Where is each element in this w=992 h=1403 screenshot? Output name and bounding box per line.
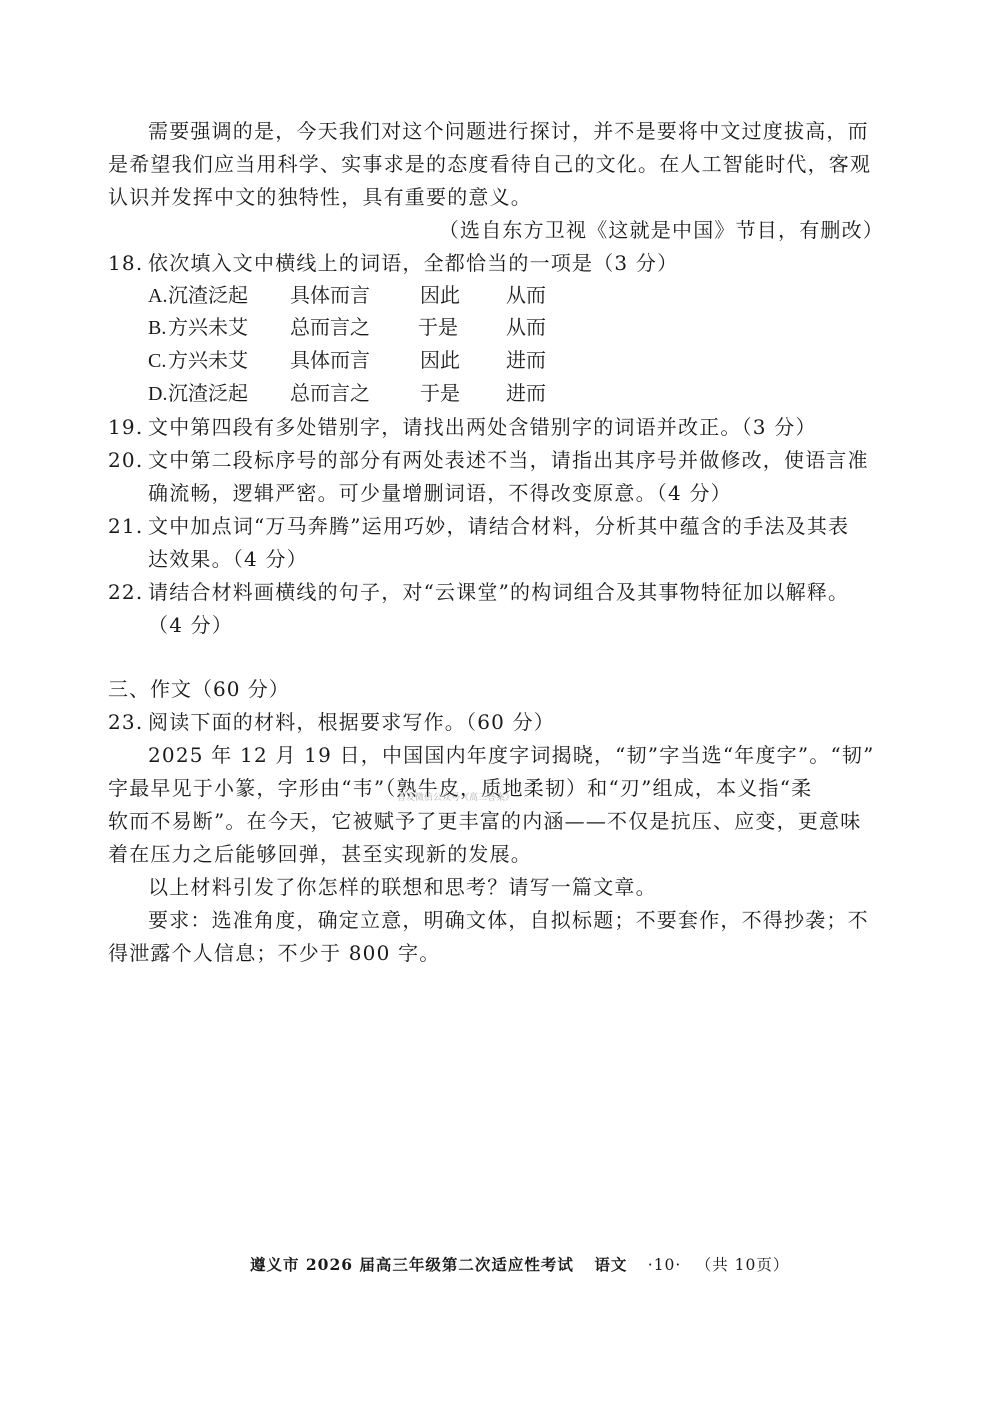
watermark: 首发微信公众号《高三答案》	[397, 790, 514, 803]
question-text: 文中第二段标序号的部分有两处表述不当，请指出其序号并做修改，使语言准	[148, 448, 869, 472]
option-word: 沉渣泛起	[168, 280, 248, 313]
question-number: 22.	[108, 576, 148, 609]
option-word: 从而	[506, 280, 546, 313]
material-line-1: 2025 年 12 月 19 日，中国国内年度字词揭晓，“韧”字当选“年度字”。…	[148, 739, 928, 772]
passage-source: （选自东方卫视《这就是中国》节目，有删改）	[108, 214, 884, 247]
question-22: 22.请结合材料画横线的句子，对“云课堂”的构词组合及其事物特征加以解释。	[108, 576, 888, 609]
option-word: 于是	[418, 312, 458, 345]
question-number: 18.	[108, 247, 148, 280]
material-line-4: 着在压力之后能够回弹，甚至实现新的发展。	[108, 838, 888, 871]
subject: 语文	[594, 1255, 627, 1274]
question-text: 文中第四段有多处错别字，请找出两处含错别字的词语并改正。（3 分）	[148, 415, 817, 439]
exam-title: 遵义市 2026 届高三年级第二次适应性考试	[250, 1255, 574, 1274]
question-number: 21.	[108, 510, 148, 543]
option-word: 沉渣泛起	[168, 378, 248, 411]
question-21-continuation: 达效果。（4 分）	[148, 543, 928, 576]
question-text: 依次填入文中横线上的词语，全都恰当的一项是（3 分）	[148, 251, 678, 275]
question-20: 20.文中第二段标序号的部分有两处表述不当，请指出其序号并做修改，使语言准	[108, 444, 888, 477]
option-word: 方兴未艾	[168, 345, 248, 378]
option-word: 因此	[420, 345, 460, 378]
option-label: B.	[148, 312, 166, 345]
page-number: ·10·	[648, 1256, 682, 1274]
option-word: 因此	[420, 280, 460, 313]
option-word: 进而	[506, 378, 546, 411]
material-line-3: 软而不易断”。在今天，它被赋予了更丰富的内涵——不仅是抗压、应变，更意味	[108, 805, 888, 838]
question-23: 23.阅读下面的材料，根据要求写作。（60 分）	[108, 706, 888, 739]
question-19: 19.文中第四段有多处错别字，请找出两处含错别字的词语并改正。（3 分）	[108, 411, 888, 444]
question-text: 请结合材料画横线的句子，对“云课堂”的构词组合及其事物特征加以解释。	[148, 580, 849, 604]
passage-line-1: 需要强调的是，今天我们对这个问题进行探讨，并不是要将中文过度拔高，而	[148, 115, 928, 148]
passage-line-3: 认识并发挥中文的独特性，具有重要的意义。	[108, 181, 888, 214]
question-18: 18.依次填入文中横线上的词语，全都恰当的一项是（3 分）	[108, 247, 888, 280]
writing-prompt: 以上材料引发了你怎样的联想和思考？请写一篇文章。	[148, 871, 928, 904]
page-total: （共 10页）	[696, 1256, 790, 1274]
page-footer: 遵义市 2026 届高三年级第二次适应性考试 语文 ·10· （共 10页）	[250, 1253, 770, 1275]
question-number: 23.	[108, 706, 148, 739]
option-word: 总而言之	[290, 378, 370, 411]
option-label: D.	[148, 378, 167, 411]
question-number: 19.	[108, 411, 148, 444]
option-label: A.	[148, 280, 167, 313]
option-word: 于是	[420, 378, 460, 411]
question-22-continuation: （4 分）	[148, 609, 928, 642]
option-label: C.	[148, 345, 166, 378]
section-heading: 三、作文（60 分）	[108, 673, 888, 706]
option-word: 总而言之	[290, 312, 370, 345]
option-word: 具体而言	[290, 345, 370, 378]
requirements-line-1: 要求：选准角度，确定立意，明确文体，自拟标题；不要套作，不得抄袭；不	[148, 904, 928, 937]
passage-line-2: 是希望我们应当用科学、实事求是的态度看待自己的文化。在人工智能时代，客观	[108, 148, 888, 181]
question-number: 20.	[108, 444, 148, 477]
option-word: 进而	[506, 345, 546, 378]
option-word: 具体而言	[290, 280, 370, 313]
requirements-line-2: 得泄露个人信息；不少于 800 字。	[108, 937, 888, 970]
question-21: 21.文中加点词“万马奔腾”运用巧妙，请结合材料，分析其中蕴含的手法及其表	[108, 510, 888, 543]
question-20-continuation: 确流畅，逻辑严密。可少量增删词语，不得改变原意。（4 分）	[148, 477, 928, 510]
exam-page: 需要强调的是，今天我们对这个问题进行探讨，并不是要将中文过度拔高，而 是希望我们…	[0, 0, 992, 1403]
option-word: 从而	[506, 312, 546, 345]
option-word: 方兴未艾	[168, 312, 248, 345]
question-text: 阅读下面的材料，根据要求写作。（60 分）	[148, 710, 555, 734]
question-text: 文中加点词“万马奔腾”运用巧妙，请结合材料，分析其中蕴含的手法及其表	[148, 514, 849, 538]
